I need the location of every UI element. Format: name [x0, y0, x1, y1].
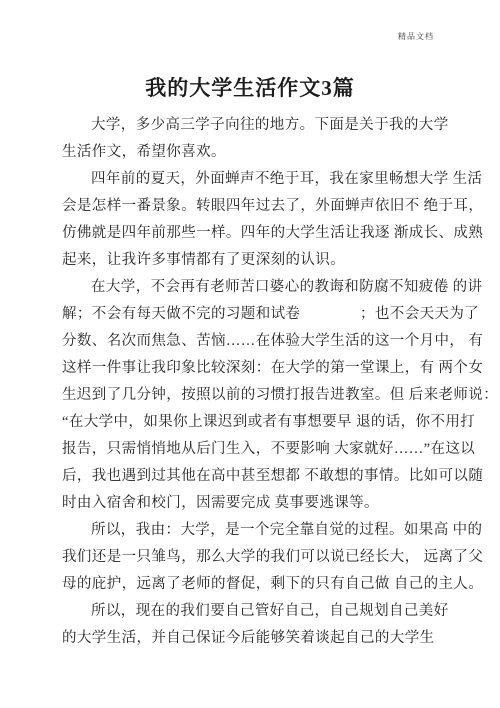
- paragraph-line: 所以，现在的我们要自己管好自己，自己规划自己美好: [62, 598, 442, 625]
- paragraph-line: 所以，我由：大学，是一个完全靠自觉的过程。如果高 中的: [62, 517, 442, 544]
- paragraph-line: 这样一件事让我印象比较深刻：在大学的第一堂课上，有 两个女: [62, 355, 442, 382]
- paragraph-line: 大学，多少高三学子向往的地方。下面是关于我的大学: [62, 112, 442, 139]
- document-body: 大学，多少高三学子向往的地方。下面是关于我的大学生活作文，希望你喜欢。四年前的夏…: [62, 112, 442, 652]
- paragraph-line: 仿佛就是四年前那些一样。四年的大学生活让我逐 渐成长、成熟: [62, 220, 442, 247]
- paragraph-line: 生活作文，希望你喜欢。: [62, 139, 442, 166]
- paragraph-line: 起来，让我许多事情都有了更深刻的认识。: [62, 247, 442, 274]
- paragraph-line: 我们还是一只雏鸟，那么大学的我们可以说已经长大， 远离了父: [62, 544, 442, 571]
- watermark-label: 精品文档: [398, 31, 434, 42]
- paragraph-line: 时由入宿舍和校门，因需要完成 莫事要逃课等。: [62, 490, 442, 517]
- paragraph-line: “在大学中，如果你上课迟到或者有事想要早 退的话，你不用打: [62, 409, 442, 436]
- paragraph: 大学，多少高三学子向往的地方。下面是关于我的大学生活作文，希望你喜欢。: [62, 112, 442, 166]
- paragraph-line: 分数、名次而焦急、苦恼……在体验大学生活的这一个月中， 有: [62, 328, 442, 355]
- paragraph: 四年前的夏天，外面蝉声不绝于耳，我在家里畅想大学 生活会是怎样一番景象。转眼四年…: [62, 166, 442, 274]
- paragraph-line: 在大学，不会再有老师苦口婆心的教诲和防腐不知疲倦 的讲: [62, 274, 442, 301]
- paragraph-line: 生迟到了几分钟，按照以前的习惯打报告进教室。但 后来老师说：: [62, 382, 442, 409]
- paragraph-line: 解；不会有每天做不完的习题和试卷 ；也不会天天为了: [62, 301, 442, 328]
- paragraph-line: 四年前的夏天，外面蝉声不绝于耳，我在家里畅想大学 生活: [62, 166, 442, 193]
- paragraph-line: 会是怎样一番景象。转眼四年过去了，外面蝉声依旧不 绝于耳，: [62, 193, 442, 220]
- document-page: 精品文档 我的大学生活作文3篇 大学，多少高三学子向往的地方。下面是关于我的大学…: [0, 0, 500, 708]
- paragraph: 在大学，不会再有老师苦口婆心的教诲和防腐不知疲倦 的讲解；不会有每天做不完的习题…: [62, 274, 442, 517]
- paragraph-line: 报告，只需悄悄地从后门生入，不要影响 大家就好……”在这以: [62, 436, 442, 463]
- paragraph: 所以，现在的我们要自己管好自己，自己规划自己美好的大学生活，并自己保证今后能够笑…: [62, 598, 442, 652]
- paragraph: 所以，我由：大学，是一个完全靠自觉的过程。如果高 中的我们还是一只雏鸟，那么大学…: [62, 517, 442, 598]
- page-title: 我的大学生活作文3篇: [0, 72, 500, 102]
- paragraph-line: 的大学生活，并自己保证今后能够笑着谈起自己的大学生: [62, 625, 442, 652]
- paragraph-line: 母的庇护，远离了老师的督促，剩下的只有自己做 自己的主人。: [62, 571, 442, 598]
- paragraph-line: 后，我也遇到过其他在高中甚至想都 不敢想的事情。比如可以随: [62, 463, 442, 490]
